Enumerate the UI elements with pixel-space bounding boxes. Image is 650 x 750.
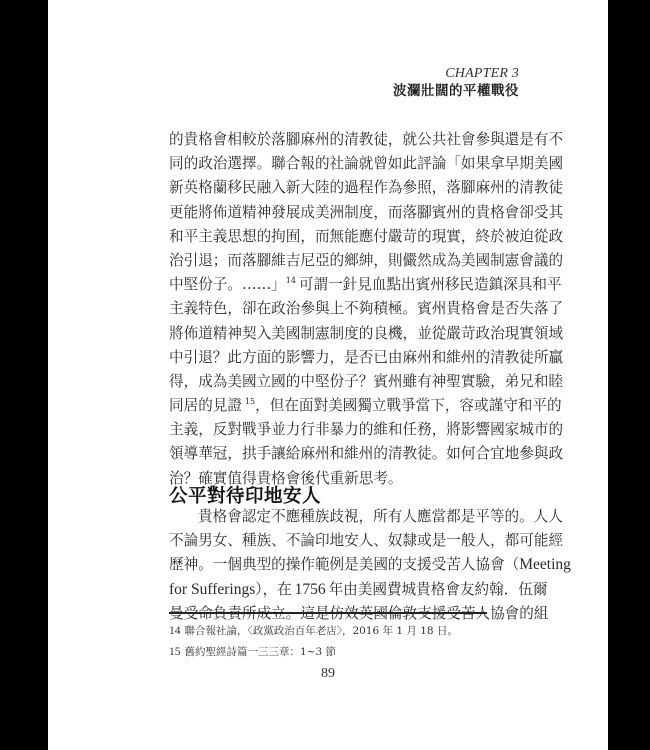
footnote-text: 聯合報社論，〈政黨政治百年老店〉，2016 年 1 月 18 日。 bbox=[185, 625, 458, 637]
text-line: for Sufferings），在 1756 年由美國費城貴格會友約翰．伍爾 bbox=[169, 578, 499, 602]
book-page: CHAPTER 3 波瀾壯闊的平權戰役 的貴格會相較於落腳麻州的清教徒，就公共社… bbox=[48, 0, 608, 750]
text-line: 將佈道精神契入美國制憲制度的良機，並從嚴苛政治現實領域 bbox=[169, 322, 499, 346]
text-line: 的貴格會相較於落腳麻州的清教徒，就公共社會參與還是有不 bbox=[169, 128, 499, 152]
running-head: CHAPTER 3 波瀾壯闊的平權戰役 bbox=[393, 66, 519, 100]
footnote-14: 14聯合報社論，〈政黨政治百年老店〉，2016 年 1 月 18 日。 bbox=[169, 621, 458, 642]
text-line: 和平主義思想的拘囿，而無能應付嚴苛的現實，終於被迫從政 bbox=[169, 225, 499, 249]
text-segment: 中堅份子。……」 bbox=[169, 276, 286, 293]
latin-term: Meeting bbox=[519, 556, 571, 573]
text-line: 新英格蘭移民融入新大陸的過程作為參照，落腳麻州的清教徒 bbox=[169, 176, 499, 200]
footnote-ref-15[interactable]: 15 bbox=[245, 397, 255, 406]
footnotes: 14聯合報社論，〈政黨政治百年老店〉，2016 年 1 月 18 日。 15舊約… bbox=[169, 621, 458, 663]
chapter-title: 波瀾壯闊的平權戰役 bbox=[393, 82, 519, 100]
text-line: 治引退；而落腳維吉尼亞的鄉紳，則儼然成為美國制憲會議的 bbox=[169, 249, 499, 273]
text-segment: 同居的見證 bbox=[169, 397, 242, 414]
text-segment: ，但在面對美國獨立戰爭當下，容或謹守和平的 bbox=[255, 397, 561, 414]
text-line: 歷神。一個典型的操作範例是美國的支援受苦人協會（Meeting bbox=[169, 553, 499, 577]
text-line: 貴格會認定不應種族歧視，所有人應當都是平等的。人人 bbox=[169, 505, 499, 529]
text-segment: 歷神。一個典型的操作範例是美國的支援受苦人協會（ bbox=[169, 556, 519, 573]
text-segment: 可謂一針見血點出賓州移民造鎮深具和平 bbox=[299, 276, 562, 293]
paragraph-1: 的貴格會相較於落腳麻州的清教徒，就公共社會參與還是有不 同的政治選擇。聯合報的社… bbox=[169, 128, 499, 491]
page-number: 89 bbox=[48, 666, 608, 682]
text-line: 同居的見證 15，但在面對美國獨立戰爭當下，容或謹守和平的 bbox=[169, 394, 499, 418]
footnote-number: 14 bbox=[169, 625, 181, 637]
footnote-text: 舊約聖經詩篇一三三章：1~3 節 bbox=[185, 646, 337, 658]
year: 1756 bbox=[295, 581, 326, 598]
footnote-number: 15 bbox=[169, 646, 181, 658]
text-line: 更能將佈道精神發展成美洲制度，而落腳賓州的貴格會卻受其 bbox=[169, 201, 499, 225]
chapter-label: CHAPTER 3 bbox=[393, 66, 519, 82]
text-line: 中堅份子。……」14 可謂一針見血點出賓州移民造鎮深具和平 bbox=[169, 273, 499, 297]
latin-term: for Sufferings bbox=[169, 581, 255, 598]
footnote-ref-14[interactable]: 14 bbox=[286, 276, 296, 285]
text-line: 中引退？此方面的影響力，是否已由麻州和維州的清教徒所贏 bbox=[169, 346, 499, 370]
section-paragraph: 貴格會認定不應種族歧視，所有人應當都是平等的。人人 不論男女、種族、不論印地安人… bbox=[169, 505, 499, 626]
text-segment: ），在 bbox=[255, 581, 291, 598]
text-line: 主義，反對戰爭並力行非暴力的維和任務，將影響國家城市的 bbox=[169, 418, 499, 442]
text-line: 領導華冠，拱手讓給麻州和維州的清教徒。如何合宜地參與政 bbox=[169, 442, 499, 466]
footnote-15: 15舊約聖經詩篇一三三章：1~3 節 bbox=[169, 642, 458, 663]
text-line: 主義特色，卻在政治參與上不夠積極。賓州貴格會是否失落了 bbox=[169, 297, 499, 321]
text-line: 不論男女、種族、不論印地安人、奴隸或是一般人，都可能經 bbox=[169, 529, 499, 553]
text-segment: 年由美國費城貴格會友約翰．伍爾 bbox=[329, 581, 548, 598]
footnote-divider bbox=[169, 612, 487, 614]
text-line: 得，成為美國立國的中堅份子？賓州雖有神聖實驗，弟兄和睦 bbox=[169, 370, 499, 394]
text-line: 同的政治選擇。聯合報的社論就曾如此評論「如果拿早期美國 bbox=[169, 152, 499, 176]
